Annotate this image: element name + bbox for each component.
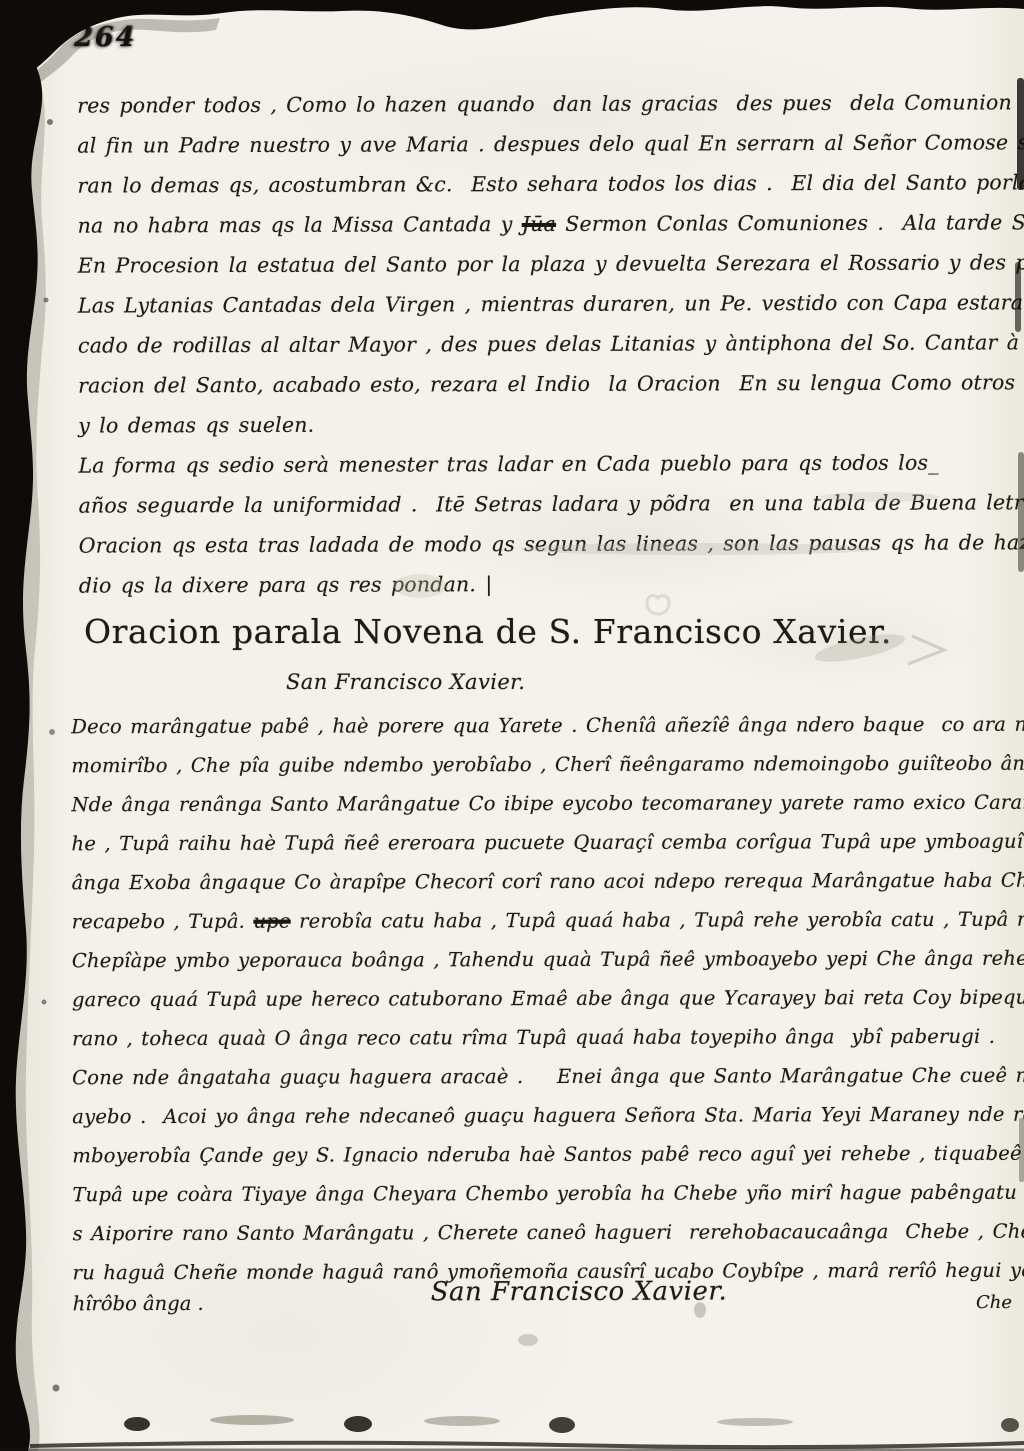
closing-words: hîrôbo ânga .: [73, 1292, 204, 1315]
manuscript-line: En Procesion la estatua del Santo por la…: [78, 242, 988, 285]
manuscript-line: años seguarde la uniformidad . Itē Setra…: [78, 482, 988, 525]
manuscript-line: Nde ânga renânga Santo Marângatue Co ibi…: [71, 783, 1003, 824]
instructions-paragraph-1: res ponder todos , Como lo hazen quando …: [77, 82, 988, 445]
saint-signature: San Francisco Xavier.: [431, 1277, 728, 1308]
manuscript-page: 264 res ponder todos , Como lo hazen qua…: [0, 0, 1024, 1451]
page-number: 264: [74, 22, 136, 53]
manuscript-line: Las Lytanias Cantadas dela Virgen , mien…: [78, 282, 988, 325]
manuscript-line: ran lo demas qs, acostumbran &c. Esto se…: [77, 162, 987, 205]
guarani-prayer-section: Deco marângatue pabê , haè porere qua Ya…: [71, 705, 1005, 1332]
left-binding: [0, 28, 60, 1451]
manuscript-line: momirîbo , Che pîa guibe ndembo yerobîab…: [71, 744, 1003, 785]
manuscript-line: al fin un Padre nuestro y ave Maria . de…: [77, 122, 987, 165]
manuscript-line: he , Tupâ raihu haè Tupâ ñeê ereroara pu…: [71, 822, 1003, 863]
catchword: Che: [976, 1292, 1012, 1313]
bottom-edge: [0, 1415, 1024, 1450]
manuscript-line: rano , toheca quaà O ânga reco catu rîma…: [72, 1017, 1004, 1058]
right-edge: [1015, 78, 1024, 1182]
manuscript-line: dio qs la dixere para qs res pondan. |: [79, 562, 989, 605]
manuscript-line: s Aiporire rano Santo Marângatu , Cheret…: [73, 1212, 1005, 1253]
manuscript-line: mboyerobîa Çande gey S. Ignacio nderuba …: [72, 1134, 1004, 1175]
prayer-paragraph-1: Deco marângatue pabê , haè porere qua Ya…: [71, 705, 1003, 785]
manuscript-line: y lo demas qs suelen.: [78, 402, 988, 445]
section-subheading: San Francisco Xavier.: [286, 670, 525, 694]
spanish-instructions-section: res ponder todos , Como lo hazen quando …: [77, 82, 989, 605]
manuscript-line: ânga Exoba ângaque Co àrapîpe Checorî co…: [72, 861, 1004, 902]
manuscript-line: Tupâ upe coàra Tiyaye ânga Cheyara Chemb…: [72, 1173, 1004, 1214]
manuscript-line: Cone nde ângataha guaçu haguera aracaè .…: [72, 1056, 1004, 1097]
manuscript-line: ayebo . Acoi yo ânga rehe ndecaneô guaçu…: [72, 1095, 1004, 1136]
prayer-paragraph-2: Nde ânga renânga Santo Marângatue Co ibi…: [71, 783, 1004, 1292]
manuscript-line: Oracion qs esta tras ladada de modo qs s…: [79, 522, 989, 565]
manuscript-line: recapebo , Tupâ. upe rerobîa catu haba ,…: [72, 900, 1004, 941]
manuscript-line: cado de rodillas al altar Mayor , des pu…: [78, 322, 988, 365]
manuscript-line: gareco quaá Tupâ upe hereco catuborano E…: [72, 978, 1004, 1019]
manuscript-line: Deco marângatue pabê , haè porere qua Ya…: [71, 705, 1003, 746]
manuscript-line: res ponder todos , Como lo hazen quando …: [77, 82, 987, 125]
manuscript-line: Chepîàpe ymbo yeporauca boânga , Tahendu…: [72, 939, 1004, 980]
manuscript-line: racion del Santo, acabado esto, rezara e…: [78, 362, 988, 405]
instructions-paragraph-2: La forma qs sedio serà menester tras lad…: [78, 442, 989, 605]
manuscript-line: na no habra mas qs la Missa Cantada y Jū…: [78, 202, 988, 245]
section-heading: Oracion parala Novena de S. Francisco Xa…: [84, 612, 892, 651]
manuscript-line: La forma qs sedio serà menester tras lad…: [78, 442, 988, 485]
prayer-closing-line: hîrôbo ânga . San Francisco Xavier.: [73, 1290, 1005, 1332]
